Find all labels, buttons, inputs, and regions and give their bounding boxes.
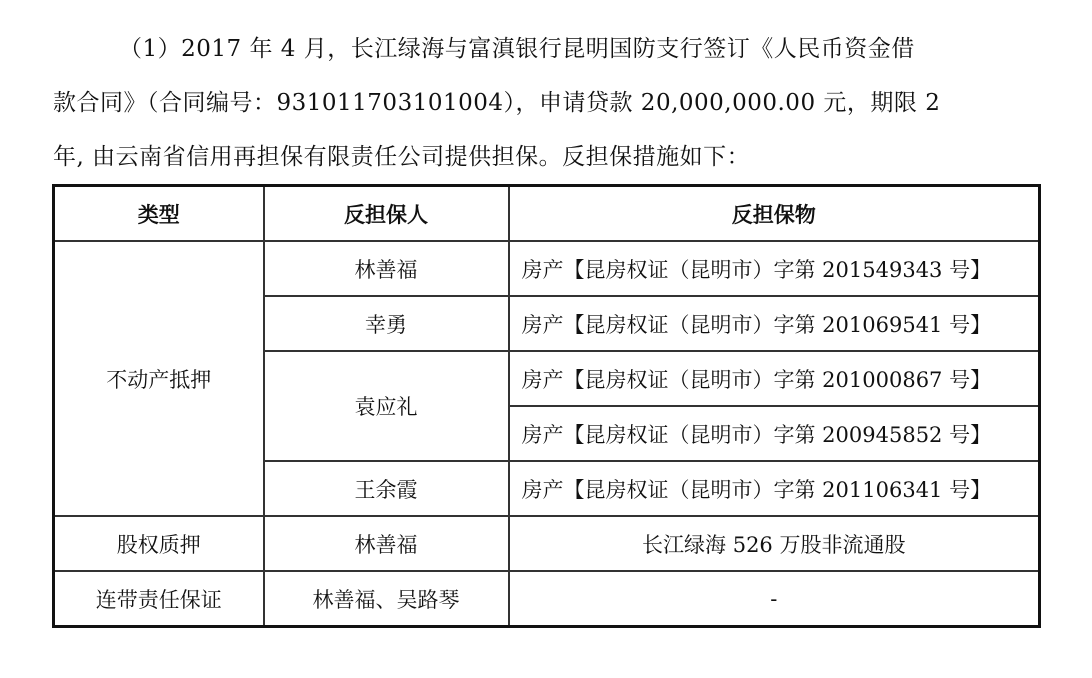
collateral-cell: 房产【昆房权证（昆明市）字第 201549343 号】 (509, 241, 1040, 296)
paragraph-line: 年, 由云南省信用再担保有限责任公司提供担保。反担保措施如下： (53, 130, 1043, 184)
guarantor-cell: 林善福、吴路琴 (264, 571, 509, 627)
table-row: 不动产抵押 林善福 房产【昆房权证（昆明市）字第 201549343 号】 (54, 241, 1040, 296)
header-type: 类型 (54, 186, 264, 242)
type-cell: 连带责任保证 (54, 571, 264, 627)
collateral-cell: 长江绿海 526 万股非流通股 (509, 516, 1040, 571)
collateral-cell: 房产【昆房权证（昆明市）字第 201106341 号】 (509, 461, 1040, 516)
header-guarantor: 反担保人 (264, 186, 509, 242)
paragraph-line: （1）2017 年 4 月，长江绿海与富滇银行昆明国防支行签订《人民币资金借 (53, 22, 1043, 76)
header-collateral: 反担保物 (509, 186, 1040, 242)
counter-guarantee-table: 类型 反担保人 反担保物 不动产抵押 林善福 房产【昆房权证（昆明市）字第 20… (52, 184, 1041, 628)
guarantor-cell: 袁应礼 (264, 351, 509, 461)
collateral-cell: 房产【昆房权证（昆明市）字第 201069541 号】 (509, 296, 1040, 351)
intro-paragraph: （1）2017 年 4 月，长江绿海与富滇银行昆明国防支行签订《人民币资金借 款… (53, 22, 1043, 184)
type-cell: 不动产抵押 (54, 241, 264, 516)
guarantor-cell: 林善福 (264, 241, 509, 296)
collateral-cell: 房产【昆房权证（昆明市）字第 200945852 号】 (509, 406, 1040, 461)
table-row: 股权质押 林善福 长江绿海 526 万股非流通股 (54, 516, 1040, 571)
paragraph-line: 款合同》（合同编号：931011703101004），申请贷款 20,000,0… (53, 76, 1043, 130)
type-cell: 股权质押 (54, 516, 264, 571)
guarantor-cell: 林善福 (264, 516, 509, 571)
table-header-row: 类型 反担保人 反担保物 (54, 186, 1040, 242)
guarantor-cell: 幸勇 (264, 296, 509, 351)
table-row: 连带责任保证 林善福、吴路琴 - (54, 571, 1040, 627)
guarantor-cell: 王余霞 (264, 461, 509, 516)
collateral-cell: - (509, 571, 1040, 627)
collateral-cell: 房产【昆房权证（昆明市）字第 201000867 号】 (509, 351, 1040, 406)
